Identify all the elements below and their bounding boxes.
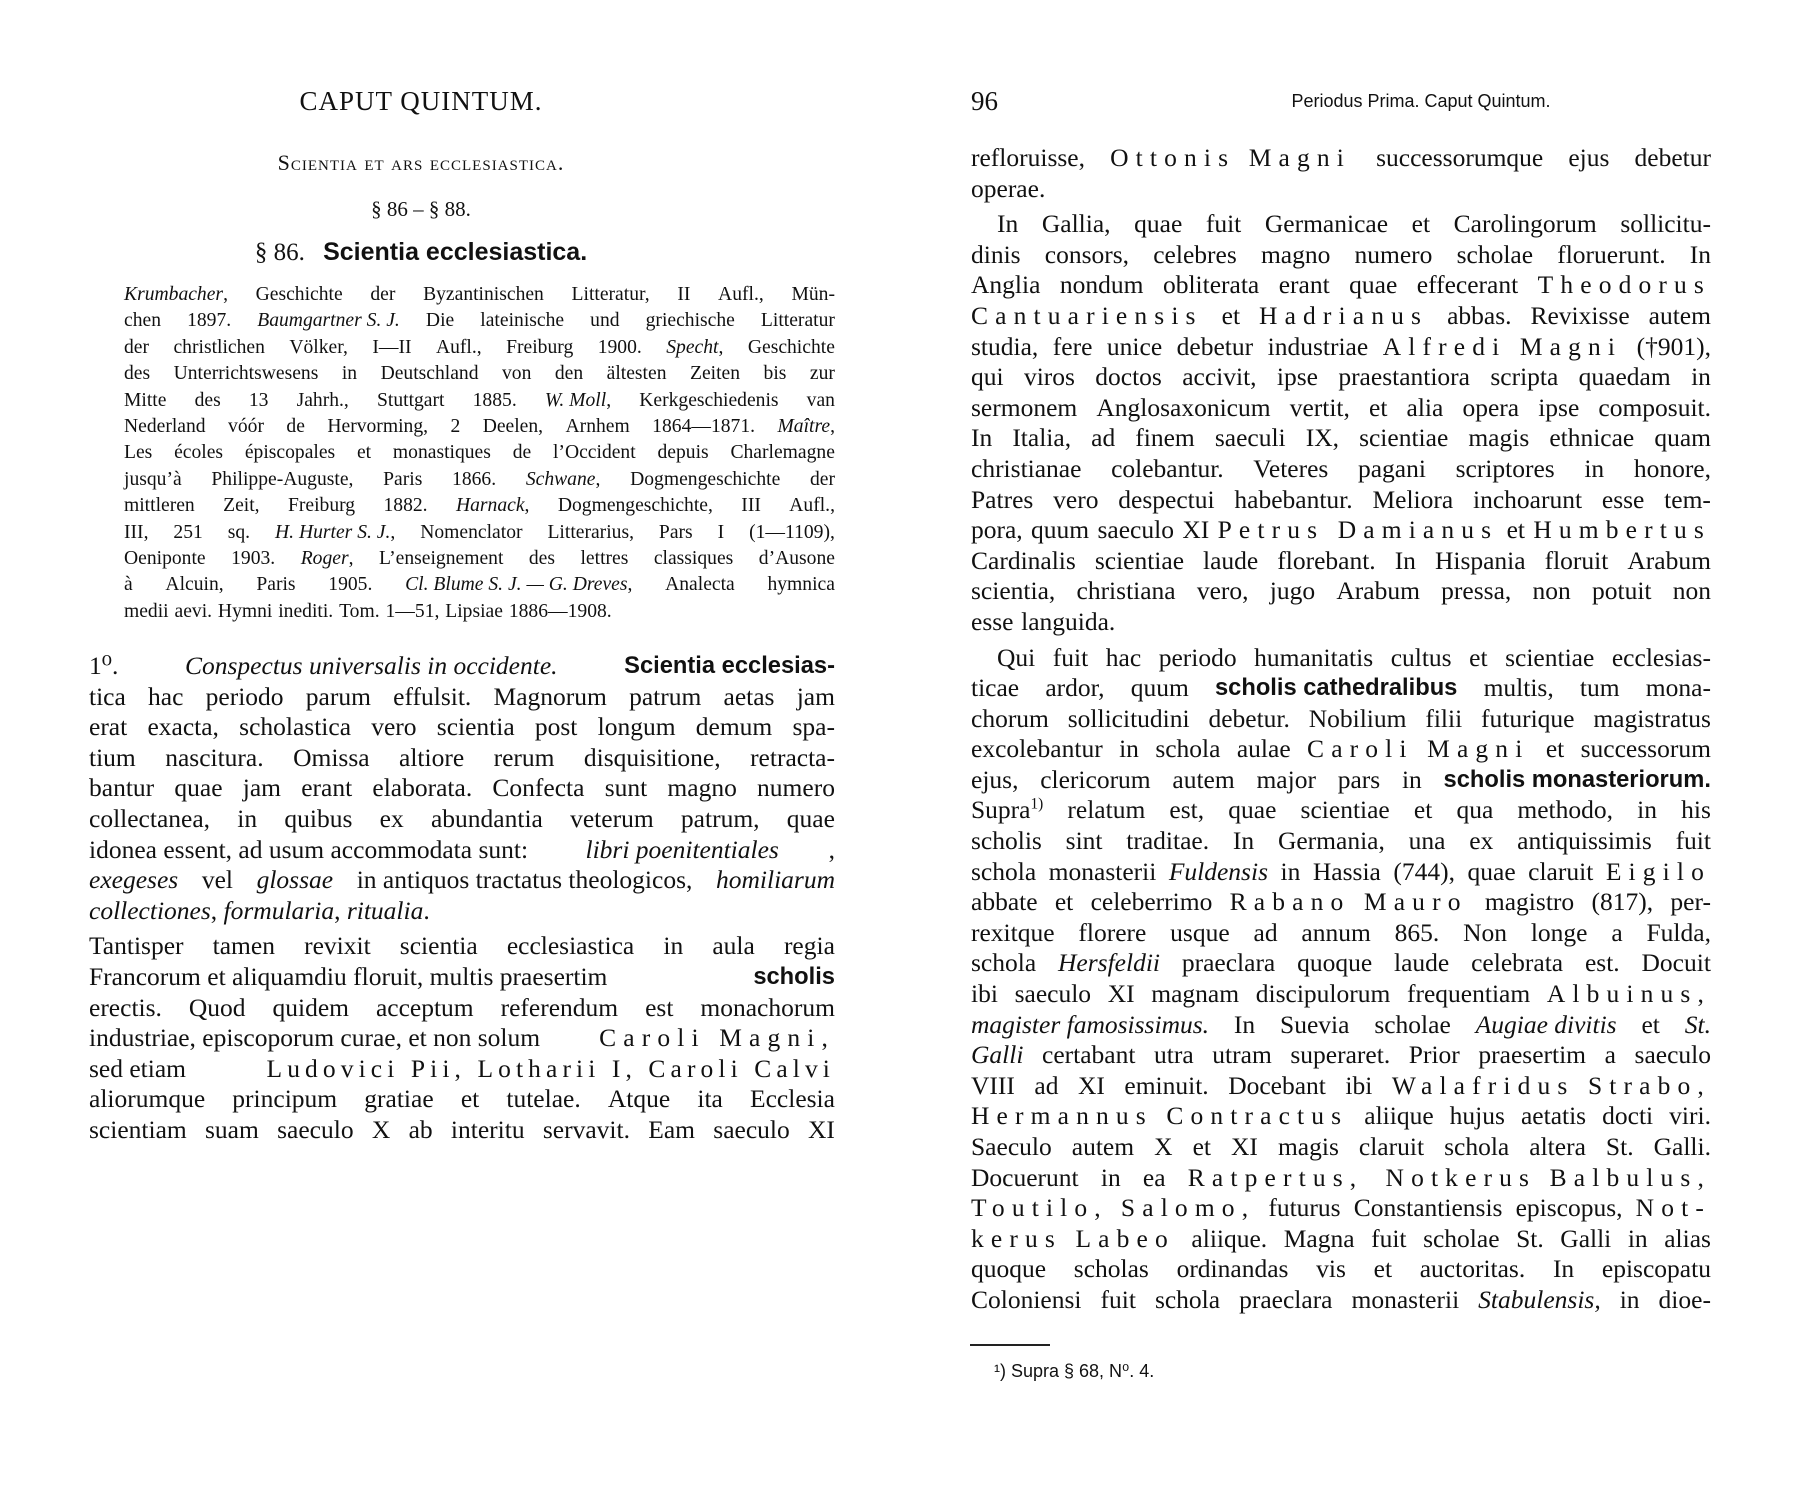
proper-name: Petrus Damianus (1218, 515, 1499, 546)
text-line: scholissinttraditae.InGermania,unaexanti… (971, 826, 1711, 857)
text-line: ticahacperiodoparumeffulsit.Magnorumpatr… (89, 682, 835, 713)
text-line: collectiones, formularia, ritualia. (89, 896, 835, 927)
text-line: ColoniensifuitscholapraeclaramonasteriiS… (971, 1285, 1711, 1316)
footnote-rule (970, 1344, 1050, 1346)
text-line: magister famosissimus.InSueviascholaeAug… (971, 1010, 1711, 1041)
right-body-text: refloruisse,Ottonis Magnisuccessorumquee… (971, 143, 1711, 1316)
running-head-title: Periodus Prima. Caput Quintum. (1121, 91, 1721, 112)
text-line: aliorumqueprincipumgratiaeettutelae.Atqu… (89, 1084, 835, 1115)
text-line: Cardinalisscientiaelaudeflorebant.InHisp… (971, 546, 1711, 577)
proper-name: Albuinus, (1547, 979, 1711, 1010)
text-line: Hermannus Contractusaliiquehujusaetatisd… (971, 1101, 1711, 1132)
text-line: sermonemAnglosaxonicumvertit,etaliaopera… (971, 393, 1711, 424)
left-body-text: 1⁰. Conspectus universalis in occidente.… (89, 651, 835, 1146)
left-page: CAPUT QUINTUM. Scientia et ars ecclesias… (0, 0, 897, 1500)
text-line: chorumsollicitudinidebetur.Nobiliumfilii… (971, 704, 1711, 735)
proper-name: Hermannus Contractus (971, 1101, 1348, 1132)
proper-name: Rabano Mauro (1230, 887, 1468, 918)
text-line: christianaecolebantur.Veterespaganiscrip… (971, 454, 1711, 485)
proper-name: Ottonis Magni (1110, 143, 1351, 174)
text-line: scholamonasteriiFuldensisinHassia(744),q… (971, 857, 1711, 888)
proper-name: Cantuariensis (971, 301, 1203, 332)
bibliography-line: Mittedes13Jahrh.,Stuttgart1885.W. Moll,K… (124, 388, 835, 414)
section-range: § 86 – § 88. (0, 197, 842, 222)
text-line: VIIIadXIeminuit.DocebantibiWalafridus St… (971, 1071, 1711, 1102)
bibliography-line: III,251sq.H. Hurter S. J.,NomenclatorLit… (124, 520, 835, 546)
text-line: eratexacta,scholasticaveroscientiapostlo… (89, 712, 835, 743)
text-line: InItalia,adfinemsaeculiIX,scientiaemagis… (971, 423, 1711, 454)
proper-name: Alfredi Magni (1383, 332, 1622, 363)
bibliography-line: Oeniponte1903.Roger,L’enseignementdeslet… (124, 546, 835, 572)
section-title: § 86. Scientia ecclesiastica. (0, 238, 842, 267)
text-line: rexitqueflorereusqueadannum865.Nonlongea… (971, 918, 1711, 949)
text-line: sed etiam Ludovici Pii, Lotharii I, Caro… (89, 1054, 835, 1085)
section-number: § 86. (255, 239, 305, 266)
text-line: exegeses vel glossae in antiquos tractat… (89, 865, 835, 896)
text-line: quivirosdoctosaccivit,ipsepraestantioras… (971, 362, 1711, 393)
proper-name: Notkerus Balbulus, (1386, 1163, 1711, 1194)
bibliography-line: àAlcuin,Paris1905.Cl. Blume S. J. — G. D… (124, 572, 835, 598)
proper-name: Walafridus Strabo, (1392, 1071, 1711, 1102)
text-line: kerus Labeoaliique.MagnafuitscholaeSt.Ga… (971, 1224, 1711, 1255)
text-line: scholaHersfeldiipraeclaraquoquelaudecele… (971, 948, 1711, 979)
bibliography-line: mittlerenZeit,Freiburg1882.Harnack,Dogme… (124, 493, 835, 519)
proper-name: Salomo, (1121, 1193, 1255, 1224)
bibliography-line: Krumbacher,GeschichtederByzantinischenLi… (124, 282, 835, 308)
chapter-subtitle: Scientia et ars ecclesiastica. (0, 150, 842, 176)
proper-name: Not- (1636, 1193, 1711, 1224)
proper-name: Hadrianus (1259, 301, 1428, 332)
proper-name: Ratpertus, (1188, 1163, 1364, 1194)
page-number: 96 (971, 86, 998, 117)
text-line: idonea essent, ad usum accommodata sunt:… (89, 835, 835, 866)
bibliography-line: Lesécolesépiscopalesetmonastiquesdel’Occ… (124, 440, 835, 466)
text-line: Supra1)relatumest,quaescientiaeetquameth… (971, 795, 1711, 826)
bibliography-line: mediiaevi.Hymniinediti.Tom.1—51,Lipsiae1… (124, 599, 835, 625)
text-line: esselanguida. (971, 607, 1711, 638)
text-line: InGallia,quaefuitGermanicaeetCarolingoru… (971, 209, 1711, 240)
text-line: refloruisse,Ottonis Magnisuccessorumquee… (971, 143, 1711, 174)
bibliography-line: jusqu’àPhilippe-Auguste,Paris1866.Schwan… (124, 467, 835, 493)
bibliography-line: NederlandvóórdeHervorming,2Deelen,Arnhem… (124, 414, 835, 440)
proper-name: Humbertus (1533, 515, 1711, 546)
text-line: dinisconsors,celebresmagnonumeroscholaef… (971, 240, 1711, 271)
text-line: banturquaejamerantelaborata.Confectasunt… (89, 773, 835, 804)
section-title-text: Scientia ecclesiastica. (323, 238, 587, 266)
text-line: ibisaeculoXImagnamdiscipulorumfrequentia… (971, 979, 1711, 1010)
text-line: Patresverodespectuihabebantur.Meliorainc… (971, 485, 1711, 516)
text-line: Anglianondumobliterataerantquaeeffeceran… (971, 270, 1711, 301)
text-line: excolebanturinscholaaulaeCaroli Magniets… (971, 734, 1711, 765)
proper-name: Theodorus (1538, 270, 1711, 301)
text-line: Quifuithacperiodohumanitatiscultusetscie… (971, 643, 1711, 674)
text-line: Tantispertamenrevixitscientiaecclesiasti… (89, 931, 835, 962)
text-line: tiumnascitura.Omissaaltiorererumdisquisi… (89, 743, 835, 774)
bibliography-line: chen1897.Baumgartner S. J.Dielateinische… (124, 308, 835, 334)
text-line: abbateetceleberrimoRabano Mauromagistro(… (971, 887, 1711, 918)
proper-name: Toutilo, (971, 1193, 1108, 1224)
bibliography-line: derchristlichenVölker,I—IIAufl.,Freiburg… (124, 335, 835, 361)
text-line: industriae, episcoporum curae, et non so… (89, 1023, 835, 1054)
text-line: SaeculoautemXetXImagisclaruitscholaalter… (971, 1132, 1711, 1163)
text-line: 1⁰. Conspectus universalis in occidente.… (89, 651, 835, 682)
text-line: DocueruntineaRatpertus,Notkerus Balbulus… (971, 1163, 1711, 1194)
text-line: Toutilo,Salomo,futurusConstantiensisepis… (971, 1193, 1711, 1224)
text-line: erectis.Quodquidemacceptumreferendumestm… (89, 993, 835, 1024)
text-line: pora,quumsaeculoXIPetrus DamianusetHumbe… (971, 515, 1711, 546)
text-line: operae. (971, 174, 1711, 205)
text-line: ejus,clericorumautemmajorparsinscholis m… (971, 765, 1711, 796)
proper-name: kerus Labeo (971, 1224, 1175, 1255)
text-line: Gallicertabantutrautramsuperaret.Priorpr… (971, 1040, 1711, 1071)
text-line: ticaeardor,quumscholis cathedralibusmult… (971, 673, 1711, 704)
text-line: scientia,christianavero,jugoArabumpressa… (971, 576, 1711, 607)
text-line: CantuariensisetHadrianusabbas.Revixissea… (971, 301, 1711, 332)
proper-name: Eigilo (1606, 857, 1711, 888)
text-line: quoquescholasordinandasvisetauctoritas.I… (971, 1254, 1711, 1285)
chapter-heading: CAPUT QUINTUM. (0, 86, 842, 117)
text-line: Francorum et aliquamdiu floruit, multis … (89, 962, 835, 993)
bibliography: Krumbacher,GeschichtederByzantinischenLi… (124, 282, 835, 625)
text-line: collectanea,inquibusexabundantiaveterump… (89, 804, 835, 835)
text-line: studia,fereunicedebeturindustriaeAlfredi… (971, 332, 1711, 363)
proper-name: Caroli Magni (1307, 734, 1529, 765)
bibliography-line: desUnterrichtswesensinDeutschlandvondenä… (124, 361, 835, 387)
text-line: scientiamsuamsaeculoXabinterituservavit.… (89, 1115, 835, 1146)
paragraph-heading: Conspectus universalis in occidente. (185, 651, 558, 682)
footnote: ¹) Supra § 68, N⁰. 4. (994, 1361, 1154, 1382)
